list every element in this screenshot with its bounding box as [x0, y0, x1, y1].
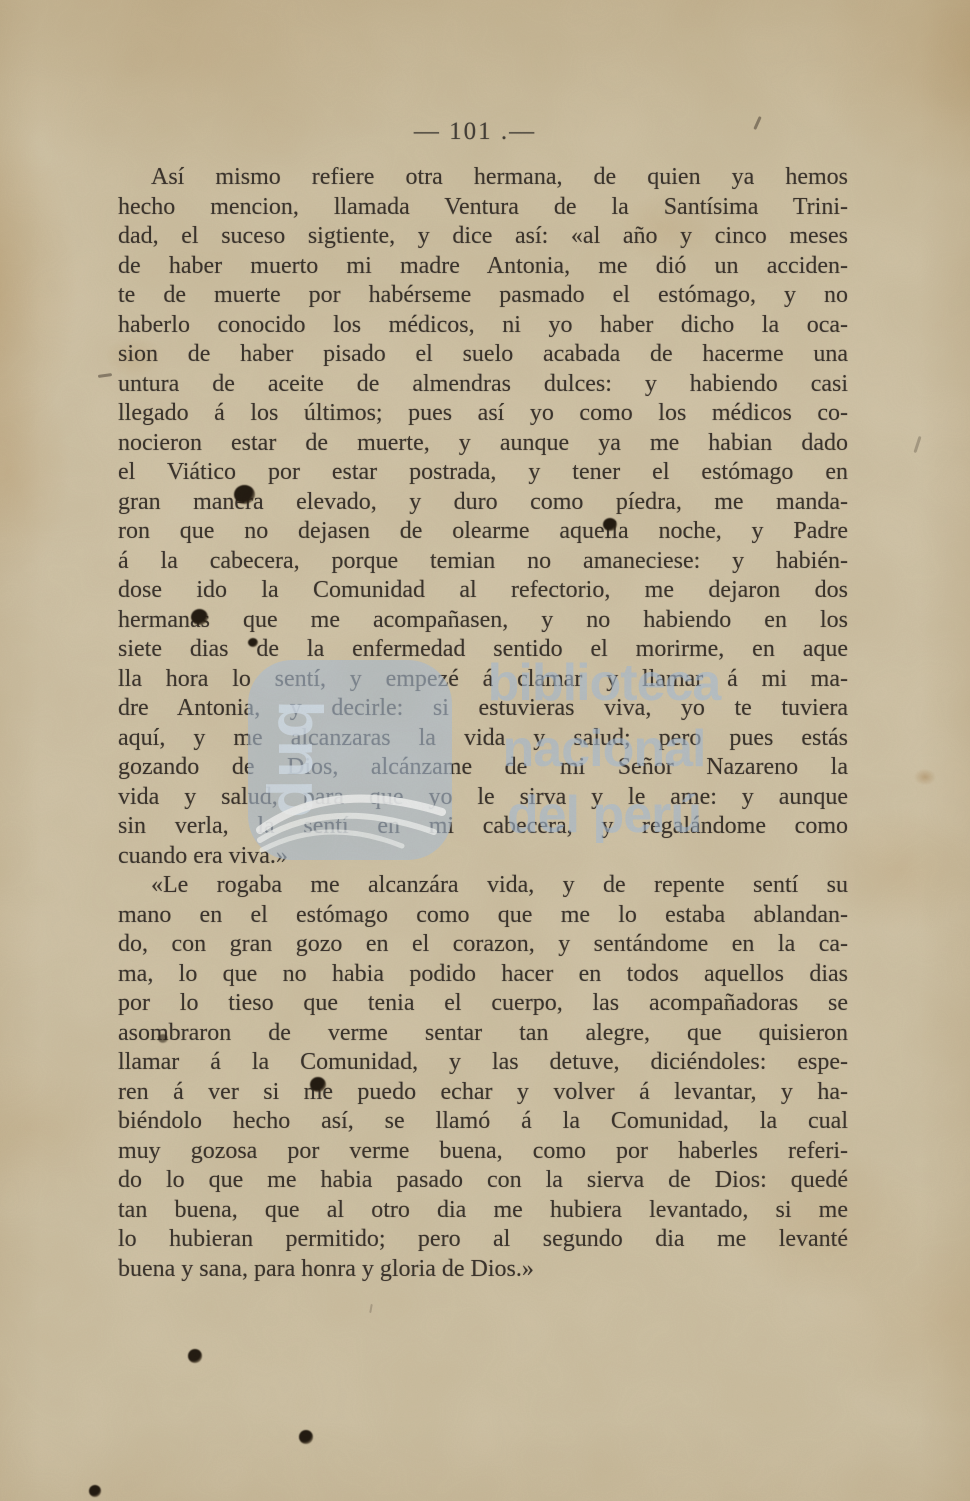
text-line: haberlo conocido los médicos, ni yo habe… [118, 311, 848, 341]
paragraph-2: «Le rogaba me alcanzára vida, y de repen… [118, 871, 848, 1284]
ink-spot [234, 485, 255, 504]
text-line: ron que no dejasen de olearme aquella no… [118, 517, 848, 547]
text-line: por lo tieso que tenia el cuerpo, las ac… [118, 989, 848, 1019]
text-line: dad, el suceso sigtiente, y dice así: «a… [118, 222, 848, 252]
paragraph-1: Así mismo refiere otra hermana, de quien… [118, 163, 848, 871]
text-line: el Viático por estar postrada, y tener e… [118, 458, 848, 488]
text-line: asombraron de verme sentar tan alegre, q… [118, 1019, 848, 1049]
ink-spot [158, 1034, 168, 1043]
text-line: llamar á la Comunidad, y las detuve, dic… [118, 1048, 848, 1078]
text-line: dre Antonia, y decirle: si estuvieras vi… [118, 694, 848, 724]
ink-spot [188, 1349, 202, 1363]
text-line: hecho mencion, llamada Ventura de la San… [118, 193, 848, 223]
text-line: tan buena, que al otro dia me hubiera le… [118, 1196, 848, 1226]
text-line: muy gozosa por verme buena, como por hab… [118, 1137, 848, 1167]
ink-spot [603, 518, 617, 531]
text-line: biéndolo hecho así, se llamó á la Comuni… [118, 1107, 848, 1137]
text-line: buena y sana, para honra y gloria de Dio… [118, 1255, 848, 1285]
text-line: «Le rogaba me alcanzára vida, y de repen… [118, 871, 848, 901]
text-line: hermanas que me acompañasen, y no habien… [118, 606, 848, 636]
text-line: de haber muerto mi madre Antonia, me dió… [118, 252, 848, 282]
text-line: vida y salud, para que yo le sirva y le … [118, 783, 848, 813]
text-line: Así mismo refiere otra hermana, de quien… [118, 163, 848, 193]
text-line: lo hubieran permitido; pero al segundo d… [118, 1225, 848, 1255]
text-line: nocieron estar de muerte, y aunque ya me… [118, 429, 848, 459]
text-line: cuando era viva.» [118, 842, 848, 872]
text-line: do lo que me habia pasado con la sierva … [118, 1166, 848, 1196]
text-line: á la cabecera, porque temian no amanecie… [118, 547, 848, 577]
ink-spot [248, 638, 258, 647]
text-line: sin verla, la sentí en mi cabecera, y re… [118, 812, 848, 842]
text-line: aquí, y me alcanzaras la vida y salud; p… [118, 724, 848, 754]
scanned-book-page: — 101 .— Así mismo refiere otra hermana,… [0, 0, 970, 1501]
page-number: — 101 .— [118, 118, 848, 146]
text-line: untura de aceite de almendras dulces: y … [118, 370, 848, 400]
text-line: do, con gran gozo en el corazon, y sentá… [118, 930, 848, 960]
text-line: ren á ver si me puedo echar y volver á l… [118, 1078, 848, 1108]
stray-stroke-mark [913, 436, 921, 453]
ink-spot [299, 1430, 313, 1444]
ink-spot [310, 1077, 326, 1092]
text-line: te de muerte por habérseme pasmado el es… [118, 281, 848, 311]
text-line: mano en el estómago como que me lo estab… [118, 901, 848, 931]
text-line: siete dias de la enfermedad sentido el m… [118, 635, 848, 665]
ink-spot [89, 1485, 101, 1497]
text-line: gozando de Dios, alcánzame de mi Señor N… [118, 753, 848, 783]
text-line: sion de haber pisado el suelo acabada de… [118, 340, 848, 370]
margin-dash-mark [98, 373, 112, 378]
ink-spot [191, 609, 208, 625]
stray-tick-mark [369, 1304, 373, 1313]
text-line: llegado á los últimos; pues así yo como … [118, 399, 848, 429]
text-line: ma, lo que no habia podido hacer en todo… [118, 960, 848, 990]
text-line: gran manera elevado, y duro como píedra,… [118, 488, 848, 518]
page-text: Así mismo refiere otra hermana, de quien… [118, 163, 848, 1284]
text-line: lla hora lo sentí, y empezé á clamar y l… [118, 665, 848, 695]
text-line: dose ido la Comunidad al refectorio, me … [118, 576, 848, 606]
